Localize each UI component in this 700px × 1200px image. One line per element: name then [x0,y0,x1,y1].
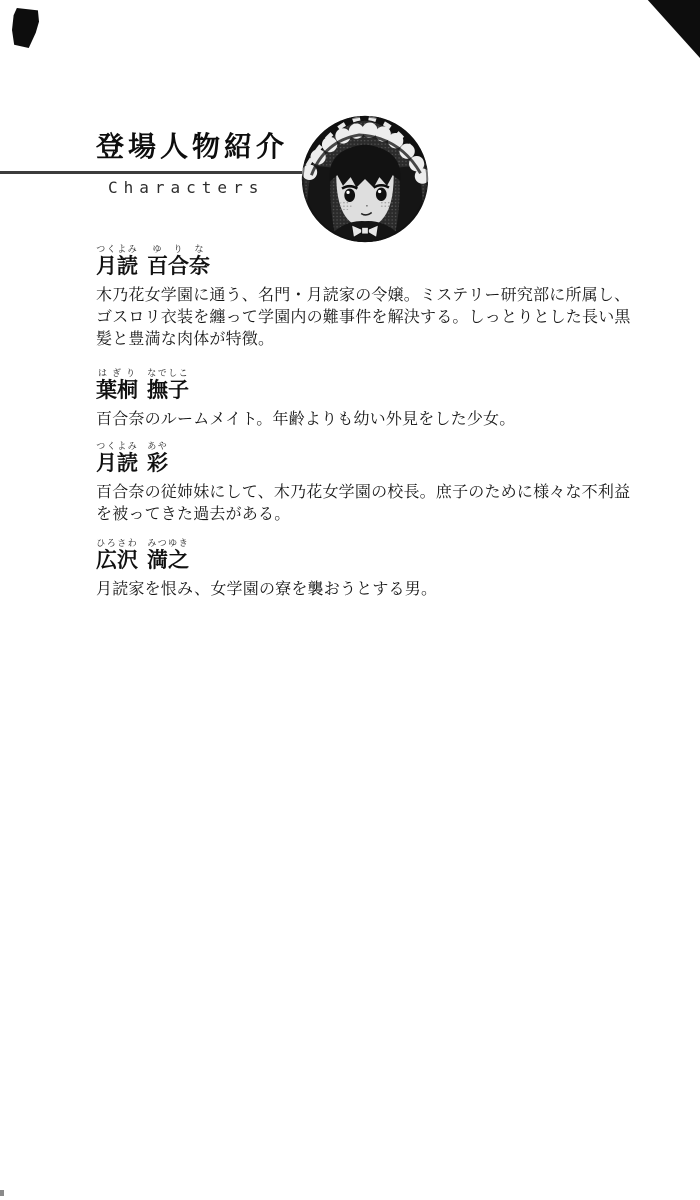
description-line: 木乃花女学園に通う、名門・月読家の令嬢。ミステリー研究部に所属し、 [96,285,596,307]
character-surname: 月読つくよみ [96,254,138,278]
header-rule [0,171,302,174]
characters-intro-page: 登場人物紹介 Characters [0,0,700,1200]
character-description: 木乃花女学園に通う、名門・月読家の令嬢。ミステリー研究部に所属し、 ゴスロリ衣装… [96,285,596,351]
scan-speck-bottom-left [0,1190,4,1196]
character-name: 月読つくよみ百合奈ゆりな [96,244,596,277]
character-entry-tsukuyomi-yurina: 月読つくよみ百合奈ゆりな 木乃花女学園に通う、名門・月読家の令嬢。ミステリー研究… [96,244,596,351]
character-description: 百合奈のルームメイト。年齢よりも幼い外見をした少女。 [96,409,596,431]
character-given-name: 百合奈ゆりな [147,254,210,278]
scan-corner-artifact-top-right [642,0,700,58]
given-name-furigana: みつゆき [147,538,189,548]
description-line: 百合奈の従姉妹にして、木乃花女学園の校長。庶子のために様々な不利益 [96,482,596,504]
character-portrait [298,112,432,246]
page-title: 登場人物紹介 [96,133,288,163]
given-name-furigana: なでしこ [147,368,189,378]
given-name-furigana: あや [147,441,168,451]
given-name-furigana: ゆりな [147,244,210,254]
description-line: ゴスロリ衣装を纏って学園内の難事件を解決する。しっとりとした長い黒 [96,307,596,329]
gothic-lolita-girl-portrait-image [298,112,432,246]
description-line: 百合奈のルームメイト。年齢よりも幼い外見をした少女。 [96,409,596,431]
surname-furigana: つくよみ [96,441,138,451]
description-line: を被ってきた過去がある。 [96,504,596,526]
character-given-name: 満之みつゆき [147,548,189,572]
scan-corner-artifact-top-left [12,8,39,48]
page-subtitle: Characters [108,178,264,197]
character-given-name: 彩あや [147,451,168,475]
surname-furigana: つくよみ [96,244,138,254]
character-name: 葉桐はぎり撫子なでしこ [96,368,596,401]
character-entry-hirosawa-mitsuyuki: 広沢ひろさわ満之みつゆき 月読家を恨み、女学園の寮を襲おうとする男。 [96,538,596,601]
surname-furigana: ひろさわ [96,538,138,548]
description-line: 月読家を恨み、女学園の寮を襲おうとする男。 [96,579,596,601]
description-line: 髪と豊満な肉体が特徴。 [96,329,596,351]
character-name: 月読つくよみ彩あや [96,441,596,474]
character-description: 百合奈の従姉妹にして、木乃花女学園の校長。庶子のために様々な不利益 を被ってきた… [96,482,596,526]
character-surname: 葉桐はぎり [96,378,138,402]
character-given-name: 撫子なでしこ [147,378,189,402]
character-surname: 月読つくよみ [96,451,138,475]
character-surname: 広沢ひろさわ [96,548,138,572]
character-name: 広沢ひろさわ満之みつゆき [96,538,596,571]
surname-furigana: はぎり [96,368,138,378]
character-entry-hagiri-nadeshiko: 葉桐はぎり撫子なでしこ 百合奈のルームメイト。年齢よりも幼い外見をした少女。 [96,368,596,431]
character-description: 月読家を恨み、女学園の寮を襲おうとする男。 [96,579,596,601]
character-entry-tsukuyomi-aya: 月読つくよみ彩あや 百合奈の従姉妹にして、木乃花女学園の校長。庶子のために様々な… [96,441,596,526]
